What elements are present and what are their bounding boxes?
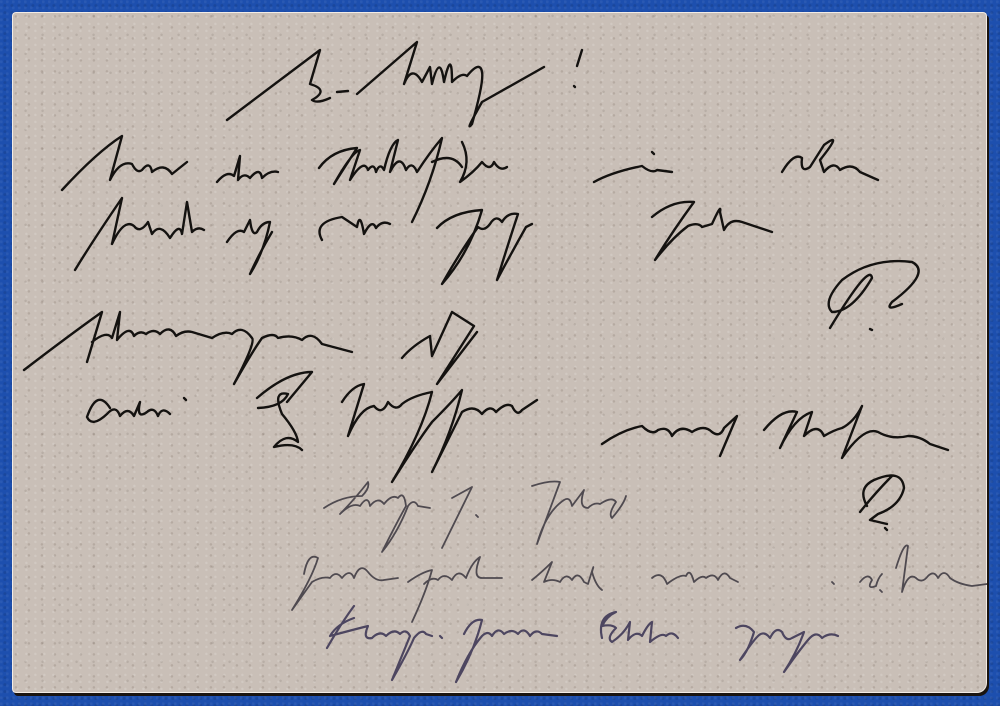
signature-strokes <box>12 12 987 693</box>
postcard: L. Willy! Von der Wirtinschaft im Adler … <box>12 12 987 693</box>
